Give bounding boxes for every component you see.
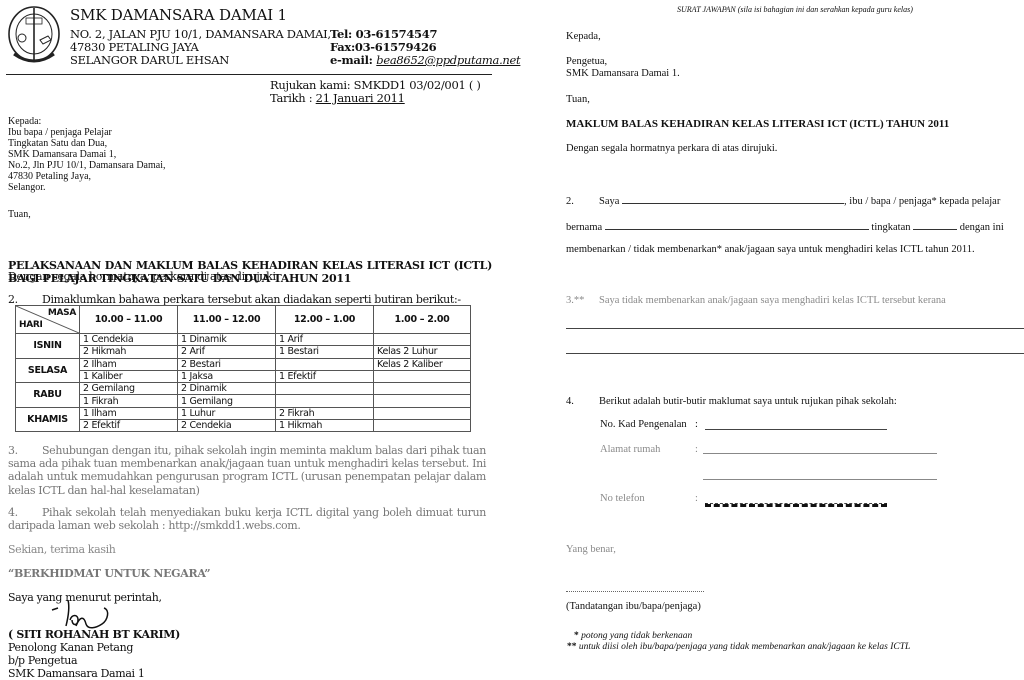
schedule-header-row: MASA HARI 10.00 – 11.00 11.00 – 12.00 12…: [16, 306, 471, 334]
paragraph-4: 4.Pihak sekolah telah menyediakan buku k…: [8, 506, 486, 532]
schedule-class-cell: 1 Luhur: [178, 407, 276, 419]
schedule-class-cell: 1 Dinamik: [178, 334, 276, 346]
address-line-3: SELANGOR DARUL EHSAN: [70, 53, 229, 67]
schedule-class-cell: 1 Hikmah: [276, 420, 374, 432]
item-2-dengan-ini: dengan ini: [960, 222, 1004, 233]
ic-number-field[interactable]: [705, 429, 887, 430]
item-2-line-2: bernama tingkatan dengan ini: [566, 220, 1004, 233]
schedule-class-cell: 2 Dinamik: [178, 383, 276, 395]
paragraph-3-number: 3.: [8, 444, 42, 457]
schedule-day-cell: SELASA: [16, 358, 80, 383]
date-value: 21 Januari 2011: [316, 91, 405, 105]
signer-position: Penolong Kanan Petang: [8, 641, 133, 654]
reference-number: Rujukan kami: SMKDD1 03/02/001 ( ): [270, 78, 481, 92]
reply-closing: Yang benar,: [566, 544, 616, 555]
address-line-1: NO. 2, JALAN PJU 10/1, DAMANSARA DAMAI,: [70, 27, 331, 41]
phone-label: No telefon: [600, 493, 645, 504]
schedule-header-slot-2: 11.00 – 12.00: [178, 306, 276, 334]
schedule-class-cell: [374, 334, 471, 346]
schedule-class-cell: 2 Efektif: [80, 420, 178, 432]
reply-recipient-line-1: Pengetua,: [566, 56, 607, 67]
schedule-class-cell: [374, 420, 471, 432]
fax: Fax:03-61579426: [330, 40, 436, 54]
parent-name-field[interactable]: [622, 194, 844, 204]
schedule-row: 2 Efektif2 Cendekia1 Hikmah: [16, 420, 471, 432]
home-address-field-line-1[interactable]: [703, 453, 937, 454]
schedule-class-cell: 2 Gemilang: [80, 383, 178, 395]
schedule-class-cell: 1 Arif: [276, 334, 374, 346]
schedule-class-cell: 1 Ilham: [80, 407, 178, 419]
schedule-class-cell: [276, 395, 374, 407]
schedule-row: SELASA2 Ilham2 BestariKelas 2 Kaliber: [16, 358, 471, 370]
ic-number-label: No. Kad Pengenalan: [600, 419, 687, 430]
date-label: Tarikh :: [270, 91, 316, 105]
schedule-header-slot-3: 12.00 – 1.00: [276, 306, 374, 334]
schedule-table: MASA HARI 10.00 – 11.00 11.00 – 12.00 12…: [15, 305, 471, 432]
item-4-number: 4.: [566, 396, 599, 407]
schedule-class-cell: Kelas 2 Luhur: [374, 346, 471, 358]
schedule-class-cell: 2 Hikmah: [80, 346, 178, 358]
header-divider: [6, 74, 492, 75]
salutation: Tuan,: [8, 209, 31, 220]
paragraph-4-text: Pihak sekolah telah menyediakan buku ker…: [8, 506, 486, 532]
paragraph-4-number: 4.: [8, 506, 42, 519]
recipient-line-2: Ibu bapa / penjaga Pelajar: [8, 127, 112, 138]
schedule-row: ISNIN1 Cendekia1 Dinamik1 Arif: [16, 334, 471, 346]
schedule-day-cell: ISNIN: [16, 334, 80, 359]
footnote-2: ** untuk diisi oleh ibu/bapa/penjaga yan…: [567, 642, 910, 652]
phone-field[interactable]: [705, 503, 887, 507]
student-name-field[interactable]: [605, 220, 869, 230]
schedule-class-cell: 1 Fikrah: [80, 395, 178, 407]
recipient-line-6: 47830 Petaling Jaya,: [8, 171, 91, 182]
recipient-line-7: Selangor.: [8, 182, 46, 193]
item-3-text: Saya tidak membenarkan anak/jagaan saya …: [599, 295, 946, 306]
schedule-class-cell: 2 Ilham: [80, 358, 178, 370]
schedule-class-cell: 2 Bestari: [178, 358, 276, 370]
item-2-tingkatan: tingkatan: [871, 222, 910, 233]
item-4-text: Berikut adalah butir-butir maklumat saya…: [599, 396, 897, 407]
schedule-class-cell: Kelas 2 Kaliber: [374, 358, 471, 370]
footnote-1-mark: *: [574, 631, 579, 641]
schedule-class-cell: 2 Arif: [178, 346, 276, 358]
phone-colon: :: [695, 493, 698, 504]
item-2-number: 2.: [566, 196, 599, 207]
item-2-line-3: membenarkan / tidak membenarkan* anak/ja…: [566, 244, 975, 255]
opening-line: Dengan segala hormatnya, perkara di atas…: [8, 270, 279, 283]
schedule-class-cell: 1 Gemilang: [178, 395, 276, 407]
schedule-class-cell: 1 Efektif: [276, 370, 374, 382]
paragraph-3: 3.Sehubungan dengan itu, pihak sekolah i…: [8, 444, 486, 497]
signer-on-behalf: b/p Pengetua: [8, 654, 77, 667]
recipient-line-5: No.2, Jln PJU 10/1, Damansara Damai,: [8, 160, 165, 171]
telephone: Tel: 03-61574547: [330, 27, 437, 41]
schedule-header-slot-4: 1.00 – 2.00: [374, 306, 471, 334]
schedule-class-cell: [276, 358, 374, 370]
student-form-field[interactable]: [913, 220, 957, 230]
schedule-body: ISNIN1 Cendekia1 Dinamik1 Arif2 Hikmah2 …: [16, 334, 471, 432]
school-name: SMK DAMANSARA DAMAI 1: [70, 6, 287, 24]
reason-field-line-1[interactable]: [566, 328, 1024, 329]
signer-school: SMK Damansara Damai 1: [8, 667, 145, 680]
reply-title: MAKLUM BALAS KEHADIRAN KELAS LITERASI IC…: [566, 118, 949, 130]
address-line-2: 47830 PETALING JAYA: [70, 40, 199, 54]
footnote-2-text: untuk diisi oleh ibu/bapa/penjaga yang t…: [579, 642, 910, 652]
corner-label-hari: HARI: [19, 320, 43, 331]
email-link[interactable]: bea8652@ppdputama.net: [376, 53, 520, 67]
schedule-row: 1 Fikrah1 Gemilang: [16, 395, 471, 407]
footnote-1: * potong yang tidak berkenaan: [574, 631, 692, 641]
schedule-row: 2 Hikmah2 Arif1 BestariKelas 2 Luhur: [16, 346, 471, 358]
motto: “BERKHIDMAT UNTUK NEGARA”: [8, 567, 210, 580]
letter-date: Tarikh : 21 Januari 2011: [270, 91, 405, 105]
schedule-class-cell: 1 Jaksa: [178, 370, 276, 382]
recipient-line-3: Tingkatan Satu dan Dua,: [8, 138, 107, 149]
schedule-class-cell: 1 Kaliber: [80, 370, 178, 382]
item-2-line-1: 2.Saya , ibu / bapa / penjaga* kepada pe…: [566, 194, 1000, 207]
schedule-corner-cell: MASA HARI: [16, 306, 80, 334]
schedule-class-cell: [374, 370, 471, 382]
schedule-class-cell: [276, 383, 374, 395]
item-4: 4.Berikut adalah butir-butir maklumat sa…: [566, 396, 897, 407]
reply-slip-header: SURAT JAWAPAN (sila isi bahagian ini dan…: [677, 5, 913, 14]
email-label: e-mail:: [330, 53, 376, 67]
home-address-field-line-2[interactable]: [703, 479, 937, 480]
signature-line[interactable]: [566, 591, 704, 592]
reply-opening: Dengan segala hormatnya perkara di atas …: [566, 143, 777, 154]
reason-field-line-2[interactable]: [566, 353, 1024, 354]
recipient-line-1: Kepada:: [8, 116, 41, 127]
schedule-class-cell: 1 Cendekia: [80, 334, 178, 346]
recipient-line-4: SMK Damansara Damai 1,: [8, 149, 116, 160]
footnote-1-text: potong yang tidak berkenaan: [581, 631, 692, 641]
schedule-row: 1 Kaliber1 Jaksa1 Efektif: [16, 370, 471, 382]
email-line: e-mail: bea8652@ppdputama.net: [330, 53, 520, 67]
reply-recipient-line-2: SMK Damansara Damai 1.: [566, 68, 680, 79]
schedule-class-cell: 2 Fikrah: [276, 407, 374, 419]
schedule-day-cell: RABU: [16, 383, 80, 408]
signer-name: ( SITI ROHANAH BT KARIM): [8, 628, 180, 641]
schedule-class-cell: 1 Bestari: [276, 346, 374, 358]
reply-salutation: Tuan,: [566, 94, 590, 105]
schedule-row: RABU2 Gemilang2 Dinamik: [16, 383, 471, 395]
home-address-label: Alamat rumah: [600, 444, 660, 455]
schedule-class-cell: [374, 383, 471, 395]
schedule-row: KHAMIS1 Ilham1 Luhur2 Fikrah: [16, 407, 471, 419]
schedule-class-cell: [374, 407, 471, 419]
reply-to-label: Kepada,: [566, 31, 601, 42]
school-crest-logo-icon: [6, 4, 62, 66]
item-3: 3.**Saya tidak membenarkan anak/jagaan s…: [566, 295, 946, 306]
item-2-bernama: bernama: [566, 222, 602, 233]
corner-label-masa: MASA: [48, 308, 76, 319]
schedule-class-cell: [374, 395, 471, 407]
schedule-header-slot-1: 10.00 – 11.00: [80, 306, 178, 334]
ic-number-colon: :: [695, 419, 698, 430]
home-address-colon: :: [695, 444, 698, 455]
handwritten-signature-icon: [50, 596, 120, 632]
item-2-saya: Saya: [599, 196, 619, 207]
paragraph-3-text: Sehubungan dengan itu, pihak sekolah ing…: [8, 444, 486, 497]
item-3-number: 3.**: [566, 295, 599, 306]
official-letter: SMK DAMANSARA DAMAI 1 NO. 2, JALAN PJU 1…: [0, 0, 512, 680]
closing-line: Sekian, terima kasih: [8, 543, 116, 556]
item-2-role-text: , ibu / bapa / penjaga* kepada pelajar: [844, 196, 1000, 207]
footnote-2-mark: **: [567, 642, 577, 652]
signature-caption: (Tandatangan ibu/bapa/penjaga): [566, 601, 701, 612]
reply-slip: SURAT JAWAPAN (sila isi bahagian ini dan…: [512, 0, 1024, 680]
schedule-day-cell: KHAMIS: [16, 407, 80, 432]
schedule-class-cell: 2 Cendekia: [178, 420, 276, 432]
